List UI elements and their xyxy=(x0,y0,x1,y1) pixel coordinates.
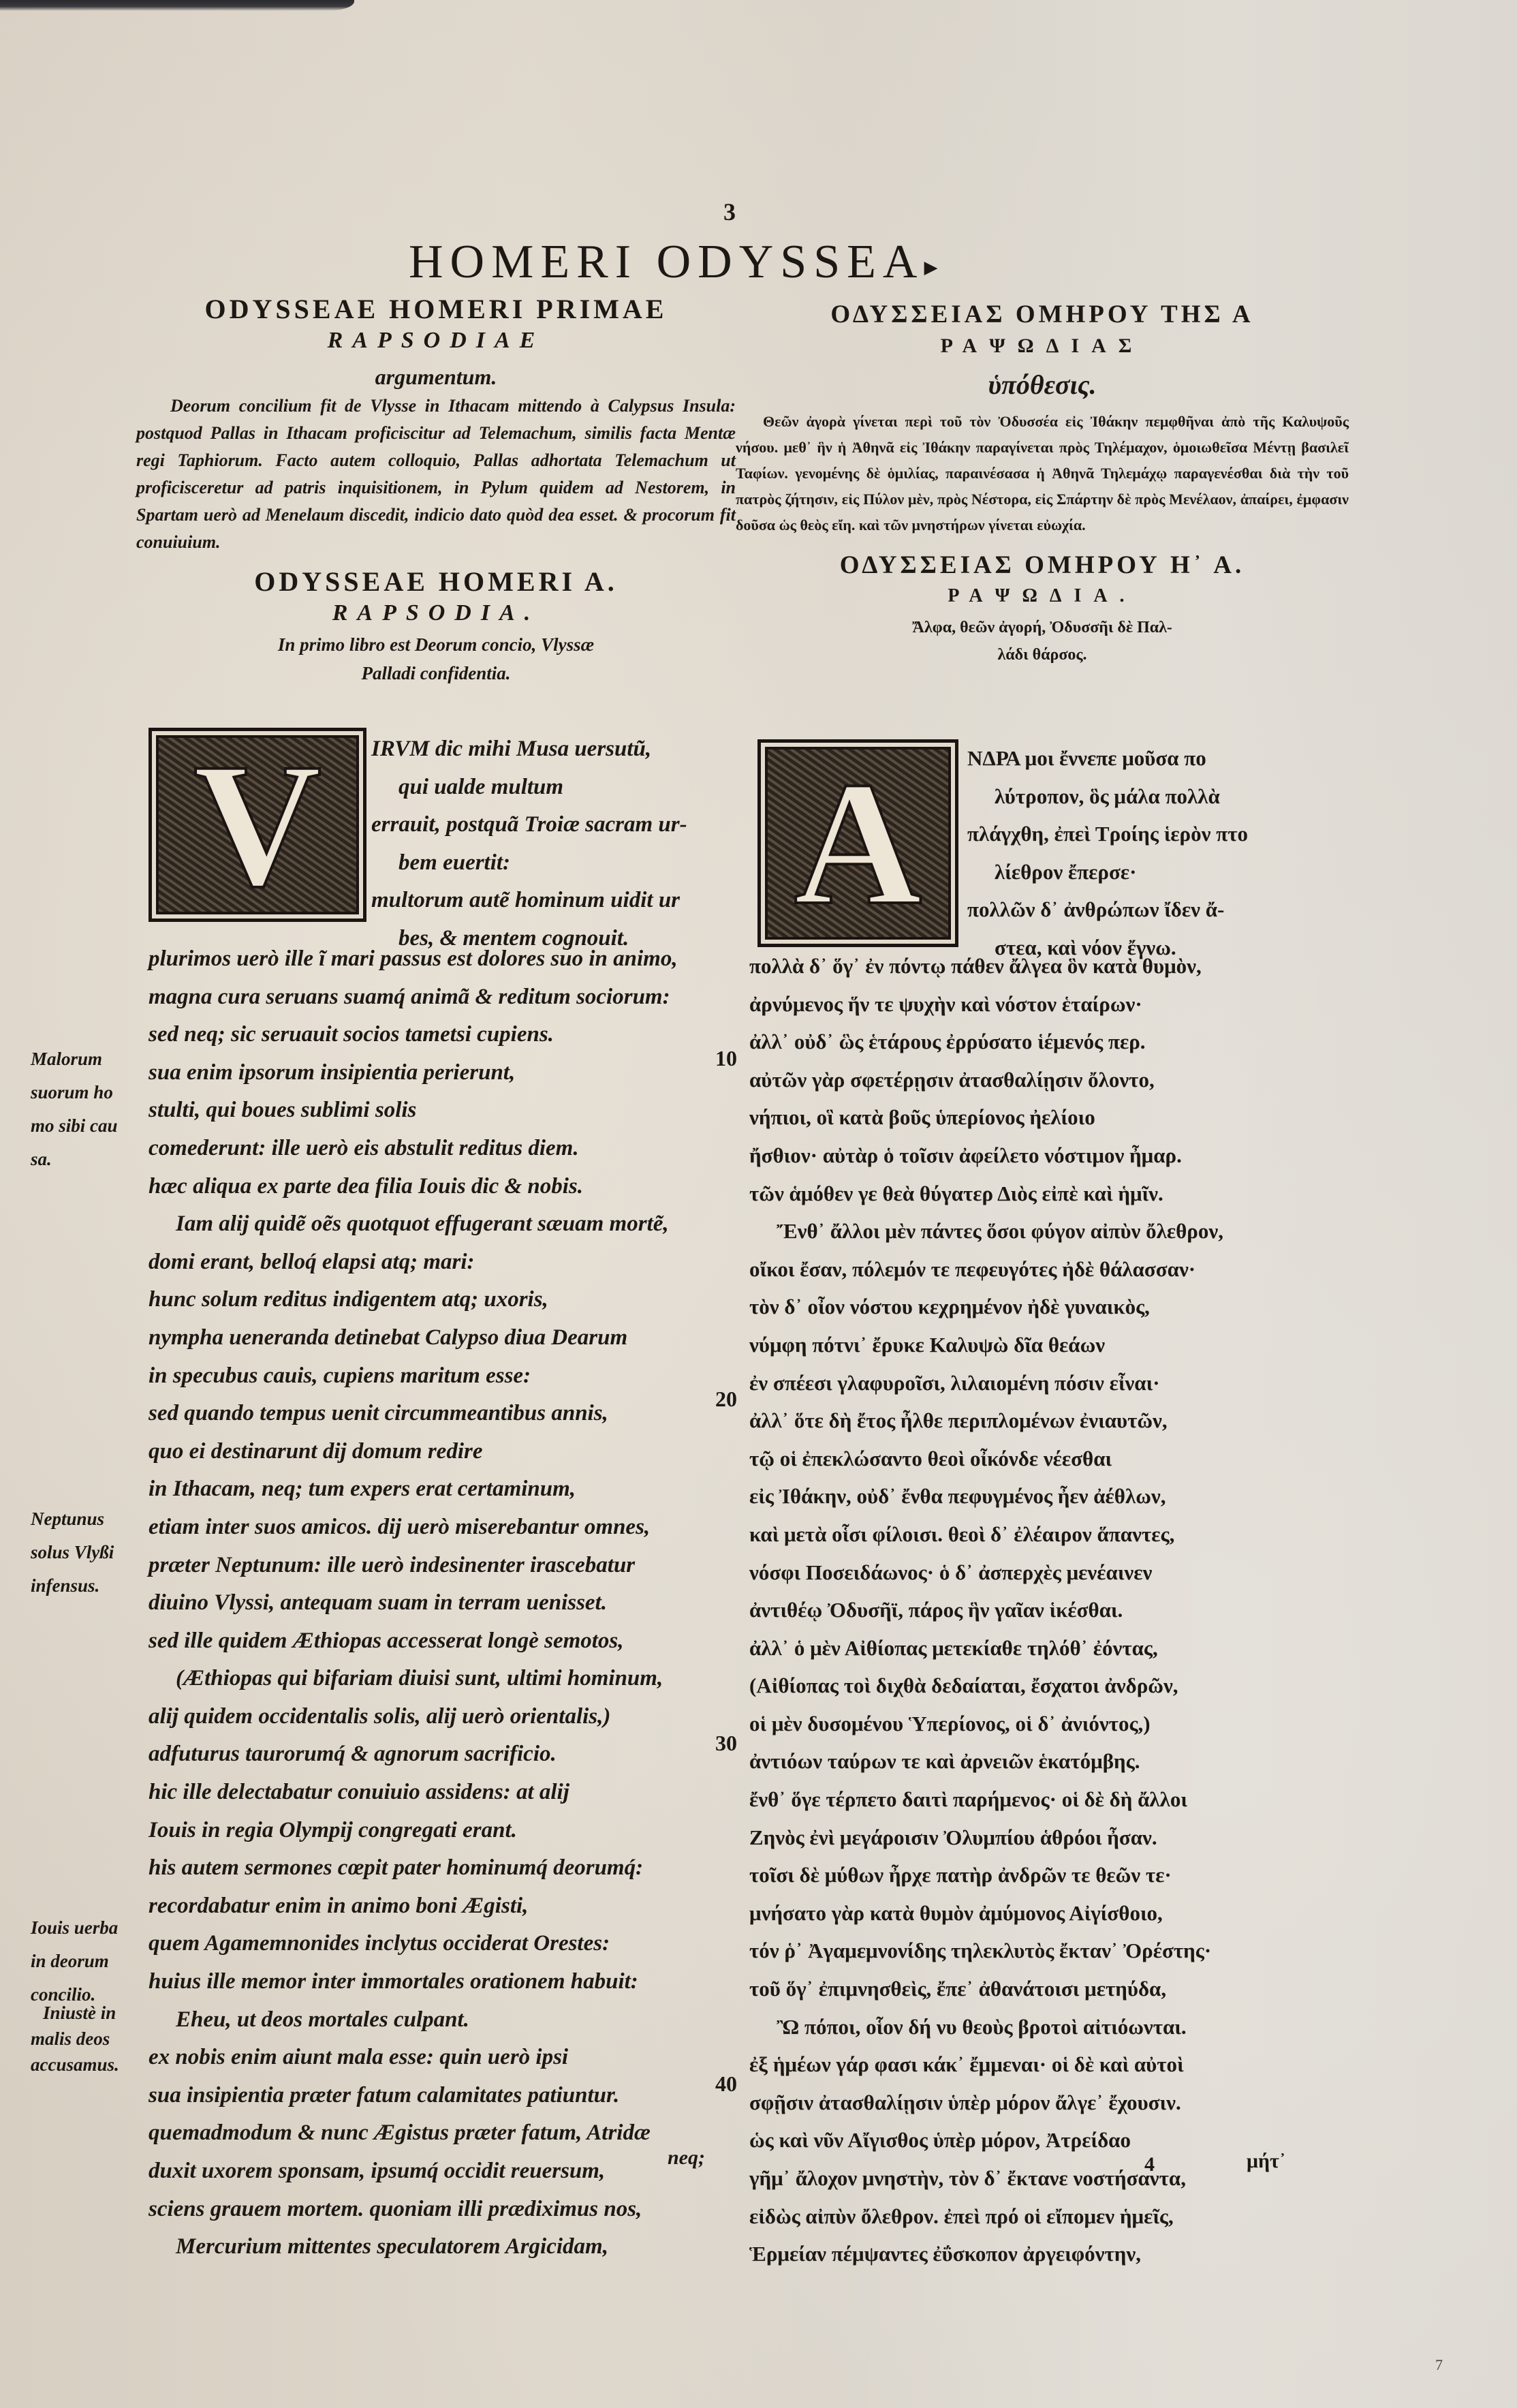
verse-line: magna cura seruans suamq́ animã & reditu… xyxy=(148,978,678,1017)
verse-line: præter Neptunum: ille uerò indesinenter … xyxy=(148,1547,678,1585)
verse-line: πολλὰ δ᾽ ὅγ᾽ ἐν πόντῳ πάθεν ἄλγεα ὃν κατ… xyxy=(749,947,1223,985)
verse-line: sua insipientia præter fatum calamitates… xyxy=(148,2077,678,2115)
margin-note-malorum: Malorum suorum ho mo sibi cau sa. xyxy=(31,1043,118,1176)
verse-line: τοῖσι δὲ μύθων ἦρχε πατὴρ ἀνδρῶν τε θεῶν… xyxy=(749,1856,1223,1894)
verse-line: sed quando tempus uenit circummeantibus … xyxy=(148,1395,678,1433)
verse-line: etiam inter suos amicos. dij uerò misere… xyxy=(148,1509,678,1547)
verse-line: nympha ueneranda detinebat Calypso diua … xyxy=(148,1319,678,1357)
arrow-ornament-icon: ▸ xyxy=(924,251,937,281)
verse-line: ἀντιόων ταύρων τε καὶ ἀρνειῶν ἑκατόμβης. xyxy=(749,1742,1223,1780)
verse-line: ἤσθιον· αὐτὰρ ὁ τοῖσιν ἀφείλετο νόστιμον… xyxy=(749,1137,1223,1175)
verse-line: domi erant, belloq́ elapsi atq; mari: xyxy=(148,1244,678,1282)
verse-line: ΝΔΡΑ μοι ἔννεπε μοῦσα πο xyxy=(967,739,1248,777)
verse-line: ἀρνύμενος ἥν τε ψυχὴν καὶ νόστον ἑταίρων… xyxy=(749,985,1223,1023)
verse-line: hæc aliqua ex parte dea filia Iouis dic … xyxy=(148,1168,678,1206)
verse-line: recordabatur enim in animo boni Ægisti, xyxy=(148,1887,678,1926)
verse-line: Ἑρμείαν πέμψαντες ἐΰσκοπον ἀργειφόντην, xyxy=(749,2235,1223,2273)
line-number: 40 xyxy=(715,2071,737,2097)
line-number: 20 xyxy=(715,1387,737,1412)
verse-line: quemadmodum & nunc Ægistus præter fatum,… xyxy=(148,2114,678,2152)
latin-verses: plurimos uerò ille ĩ mari passus est dol… xyxy=(148,940,678,2266)
page-shadow-edge xyxy=(0,0,354,11)
verse-line: τόν ῥ᾽ Ἀγαμεμνονίδης τηλεκλυτὸς ἔκταν᾽ Ὀ… xyxy=(749,1932,1223,1970)
verse-line: diuino Vlyssi, antequam suam in terram u… xyxy=(148,1584,678,1622)
verse-line: ἐν σπέεσι γλαφυροῖσι, λιλαιομένη πόσιν ε… xyxy=(749,1364,1223,1402)
latin-book-heading: ODYSSEAE HOMERI A. xyxy=(136,566,736,598)
greek-summary-line-2: λάδι θάρσος. xyxy=(736,641,1349,668)
verse-line: ἀλλ᾽ ὅτε δὴ ἔτος ἦλθε περιπλομένων ἐνιαυ… xyxy=(749,1402,1223,1440)
verse-line: adfuturus taurorumq́ & agnorum sacrifici… xyxy=(148,1735,678,1774)
book-page: 3 HOMERI ODYSSEA▸ ODYSSEAE HOMERI PRIMAE… xyxy=(0,0,1517,2408)
greek-catchword: μήτ᾽ xyxy=(1247,2150,1286,2173)
latin-book-subheading: RAPSODIA. xyxy=(136,600,736,626)
verse-line: τῶν ἁμόθεν γε θεὰ θύγατερ Διὸς εἰπὲ καὶ … xyxy=(749,1175,1223,1213)
verse-line: sed neq; sic seruauit socios tametsi cup… xyxy=(148,1016,678,1054)
verse-line: αὐτῶν γὰρ σφετέρῃσιν ἀτασθαλίῃσιν ὄλοντο… xyxy=(749,1061,1223,1099)
verse-line: in Ithacam, neq; tum expers erat certami… xyxy=(148,1470,678,1509)
verse-line: οἴκοι ἔσαν, πόλεμόν τε πεφευγότες ἠδὲ θά… xyxy=(749,1250,1223,1288)
verse-line: λύτροπον, ὃς μάλα πολλὰ xyxy=(967,777,1248,816)
verse-line: ἔνθ᾽ ὅγε τέρπετο δαιτὶ παρήμενος· οἱ δὲ … xyxy=(749,1780,1223,1819)
greek-argument-text: Θεῶν ἀγορὰ γίνεται περὶ τοῦ τὸν Ὀδυσσέα … xyxy=(736,409,1349,538)
verse-line: plurimos uerò ille ĩ mari passus est dol… xyxy=(148,940,678,978)
verse-line: ἀλλ᾽ ὁ μὲν Αἰθίοπας μετεκίαθε τηλόθ᾽ ἐόν… xyxy=(749,1629,1223,1667)
woodcut-initial-v: V xyxy=(148,728,366,922)
running-head: HOMERI ODYSSEA▸ xyxy=(409,235,1158,290)
verse-line: σφῇσιν ἀτασθαλίῃσιν ὑπὲρ μόρον ἄλγε᾽ ἔχο… xyxy=(749,2084,1223,2122)
verse-line: sed ille quidem Æthiopas accesserat long… xyxy=(148,1622,678,1661)
verse-line: comederunt: ille uerò eis abstulit redit… xyxy=(148,1130,678,1168)
verse-line: πλάγχθη, ἐπεὶ Τροίης ἱερὸν πτο xyxy=(967,815,1248,853)
margin-note-neptunus: Neptunus solus Vlyßi infensus. xyxy=(31,1502,114,1603)
running-head-title: HOMERI ODYSSEA xyxy=(409,236,924,288)
corner-mark: 7 xyxy=(1435,2356,1443,2374)
verse-line: ἐξ ἡμέων γάρ φασι κάκ᾽ ἔμμεναι· οἱ δὲ κα… xyxy=(749,2046,1223,2084)
verse-line: his autem sermones cœpit pater hominumq́… xyxy=(148,1849,678,1887)
verse-line: Iouis in regia Olympij congregati erant. xyxy=(148,1812,678,1850)
woodcut-initial-a: A xyxy=(757,739,958,947)
verse-line: (Αἰθίοπας τοὶ διχθὰ δεδαίαται, ἔσχατοι ἀ… xyxy=(749,1667,1223,1705)
latin-summary-line-1: In primo libro est Deorum concio, Vlyssæ xyxy=(136,630,736,659)
verse-line: Eheu, ut deos mortales culpant. xyxy=(148,2001,678,2039)
line-number: 30 xyxy=(715,1731,737,1756)
latin-argument-label: argumentum. xyxy=(136,365,736,390)
initial-letter-v: V xyxy=(193,737,322,914)
verse-line: bem euertit: xyxy=(371,844,687,882)
verse-line: λίεθρον ἔπερσε· xyxy=(967,853,1248,891)
greek-argument-label: ὑπόθεσις. xyxy=(736,369,1349,401)
verse-line: ἀλλ᾽ οὐδ᾽ ὣς ἑτάρους ἐρρύσατο ἱέμενός πε… xyxy=(749,1023,1223,1061)
latin-summary-line-2: Palladi confidentia. xyxy=(136,659,736,688)
line-number: 10 xyxy=(715,1046,737,1071)
verse-line: εἰδὼς αἰπὺν ὄλεθρον. ἐπεὶ πρό οἱ εἴπομεν… xyxy=(749,2197,1223,2236)
verse-line: Iam alij quidẽ oẽs quotquot effugerant s… xyxy=(148,1205,678,1244)
verse-line: νήπιοι, οἳ κατὰ βοῦς ὑπερίονος ἠελίοιο xyxy=(749,1098,1223,1137)
verse-line: duxit uxorem sponsam, ipsumq́ occidit re… xyxy=(148,2152,678,2191)
verse-line: IRVM dic mihi Musa uersutũ, xyxy=(371,730,687,769)
verse-line: hic ille delectabatur conuiuio assidens:… xyxy=(148,1774,678,1812)
verse-line: stulti, qui boues sublimi solis xyxy=(148,1092,678,1130)
verse-line: ἀντιθέῳ Ὀδυσῆϊ, πάρος ἣν γαῖαν ἱκέσθαι. xyxy=(749,1591,1223,1629)
verse-line: sciens grauem mortem. quoniam illi prædi… xyxy=(148,2191,678,2229)
verse-line: νύμφη πότνι᾽ ἔρυκε Καλυψὼ δῖα θεάων xyxy=(749,1326,1223,1364)
verse-line: in specubus cauis, cupiens maritum esse: xyxy=(148,1357,678,1395)
greek-summary-line-1: Ἄλφα, θεῶν ἀγορή, Ὀδυσσῆι δὲ Παλ- xyxy=(736,614,1349,641)
latin-argument-text: Deorum concilium fit de Vlysse in Ithaca… xyxy=(136,392,736,556)
initial-letter-a: A xyxy=(794,755,922,932)
verse-line: huius ille memor inter immortales oratio… xyxy=(148,1963,678,2001)
verse-line: μνήσατο γὰρ κατὰ θυμὸν ἀμύμονος Αἰγίσθοι… xyxy=(749,1894,1223,1932)
verse-line: alij quidem occidentalis solis, alij uer… xyxy=(148,1698,678,1736)
greek-book-heading: ΟΔΥΣΣΕΙΑΣ ΟΜΗΡΟΥ Η᾽ Α. xyxy=(736,551,1349,580)
signature-mark: 3 xyxy=(723,198,736,226)
latin-catchword: neq; xyxy=(668,2146,705,2170)
greek-column: ΟΔΥΣΣΕΙΑΣ ΟΜΗΡΟΥ ΤΗΣ Α ΡΑΨΩΔΙΑΣ ὑπόθεσις… xyxy=(736,300,1349,668)
verse-line: sua enim ipsorum insipientia perierunt, xyxy=(148,1054,678,1092)
verse-line: νόσφι Ποσειδάωνος· ὁ δ᾽ ἀσπερχὲς μενέαιν… xyxy=(749,1554,1223,1592)
verse-line: qui ualde multum xyxy=(371,769,687,807)
verse-line: οἱ μὲν δυσομένου Ὑπερίονος, οἱ δ᾽ ἀνιόντ… xyxy=(749,1705,1223,1743)
margin-note-iouis-uerba: Iouis uerba in deorum concilio. xyxy=(31,1911,118,2011)
verse-line: τῷ οἱ ἐπεκλώσαντο θεοὶ οἶκόνδε νέεσθαι xyxy=(749,1440,1223,1478)
verse-line: πολλῶν δ᾽ ἀνθρώπων ἴδεν ἄ- xyxy=(967,891,1248,929)
verse-line: ex nobis enim aiunt mala esse: quin uerò… xyxy=(148,2039,678,2077)
greek-verses: πολλὰ δ᾽ ὅγ᾽ ἐν πόντῳ πάθεν ἄλγεα ὃν κατ… xyxy=(749,947,1223,2273)
greek-heading: ΟΔΥΣΣΕΙΑΣ ΟΜΗΡΟΥ ΤΗΣ Α xyxy=(736,300,1349,329)
greek-signature: 4 xyxy=(1144,2153,1155,2176)
verse-line: multorum autẽ hominum uidit ur xyxy=(371,882,687,920)
verse-line: εἰς Ἰθάκην, οὐδ᾽ ἔνθα πεφυγμένος ἦεν ἀέθ… xyxy=(749,1477,1223,1515)
verse-line: καὶ μετὰ οἷσι φίλοισι. θεοὶ δ᾽ ἐλέαιρον … xyxy=(749,1515,1223,1554)
verse-line: τοῦ ὅγ᾽ ἐπιμνησθεὶς, ἔπε᾽ ἀθανάτοισι μετ… xyxy=(749,1970,1223,2008)
latin-subheading: RAPSODIAE xyxy=(136,328,736,354)
verse-line: errauit, postquã Troiæ sacram ur- xyxy=(371,806,687,844)
latin-heading: ODYSSEAE HOMERI PRIMAE xyxy=(136,293,736,325)
greek-book-subheading: ΡΑΨΩΔΙΑ. xyxy=(736,585,1349,607)
latin-verses-opening: IRVM dic mihi Musa uersutũ, qui ualde mu… xyxy=(371,730,687,958)
verse-line: Ζηνὸς ἐνὶ μεγάροισιν Ὀλυμπίου ἁθρόοι ἦσα… xyxy=(749,1819,1223,1857)
greek-subheading: ΡΑΨΩΔΙΑΣ xyxy=(736,335,1349,358)
verse-line: Mercurium mittentes speculatorem Argicid… xyxy=(148,2228,678,2266)
verse-line: hunc solum reditus indigentem atq; uxori… xyxy=(148,1281,678,1319)
margin-note-iniuste: Iniustè in malis deos accusamus. xyxy=(31,2000,119,2078)
verse-line: quem Agamemnonides inclytus occiderat Or… xyxy=(148,1925,678,1963)
verse-line: Ἔνθ᾽ ἄλλοι μὲν πάντες ὅσοι φύγον αἰπὺν ὄ… xyxy=(749,1212,1223,1250)
verse-line: (Æthiopas qui bifariam diuisi sunt, ulti… xyxy=(148,1660,678,1698)
verse-line: quo ei destinarunt dij domum redire xyxy=(148,1433,678,1471)
greek-verses-opening: ΝΔΡΑ μοι ἔννεπε μοῦσα πο λύτροπον, ὃς μά… xyxy=(967,739,1248,967)
latin-column: ODYSSEAE HOMERI PRIMAE RAPSODIAE argumen… xyxy=(136,293,736,688)
verse-line: Ὢ πόποι, οἷον δή νυ θεοὺς βροτοὶ αἰτιόων… xyxy=(749,2008,1223,2046)
verse-line: τὸν δ᾽ οἶον νόστου κεχρημένον ἠδὲ γυναικ… xyxy=(749,1288,1223,1326)
